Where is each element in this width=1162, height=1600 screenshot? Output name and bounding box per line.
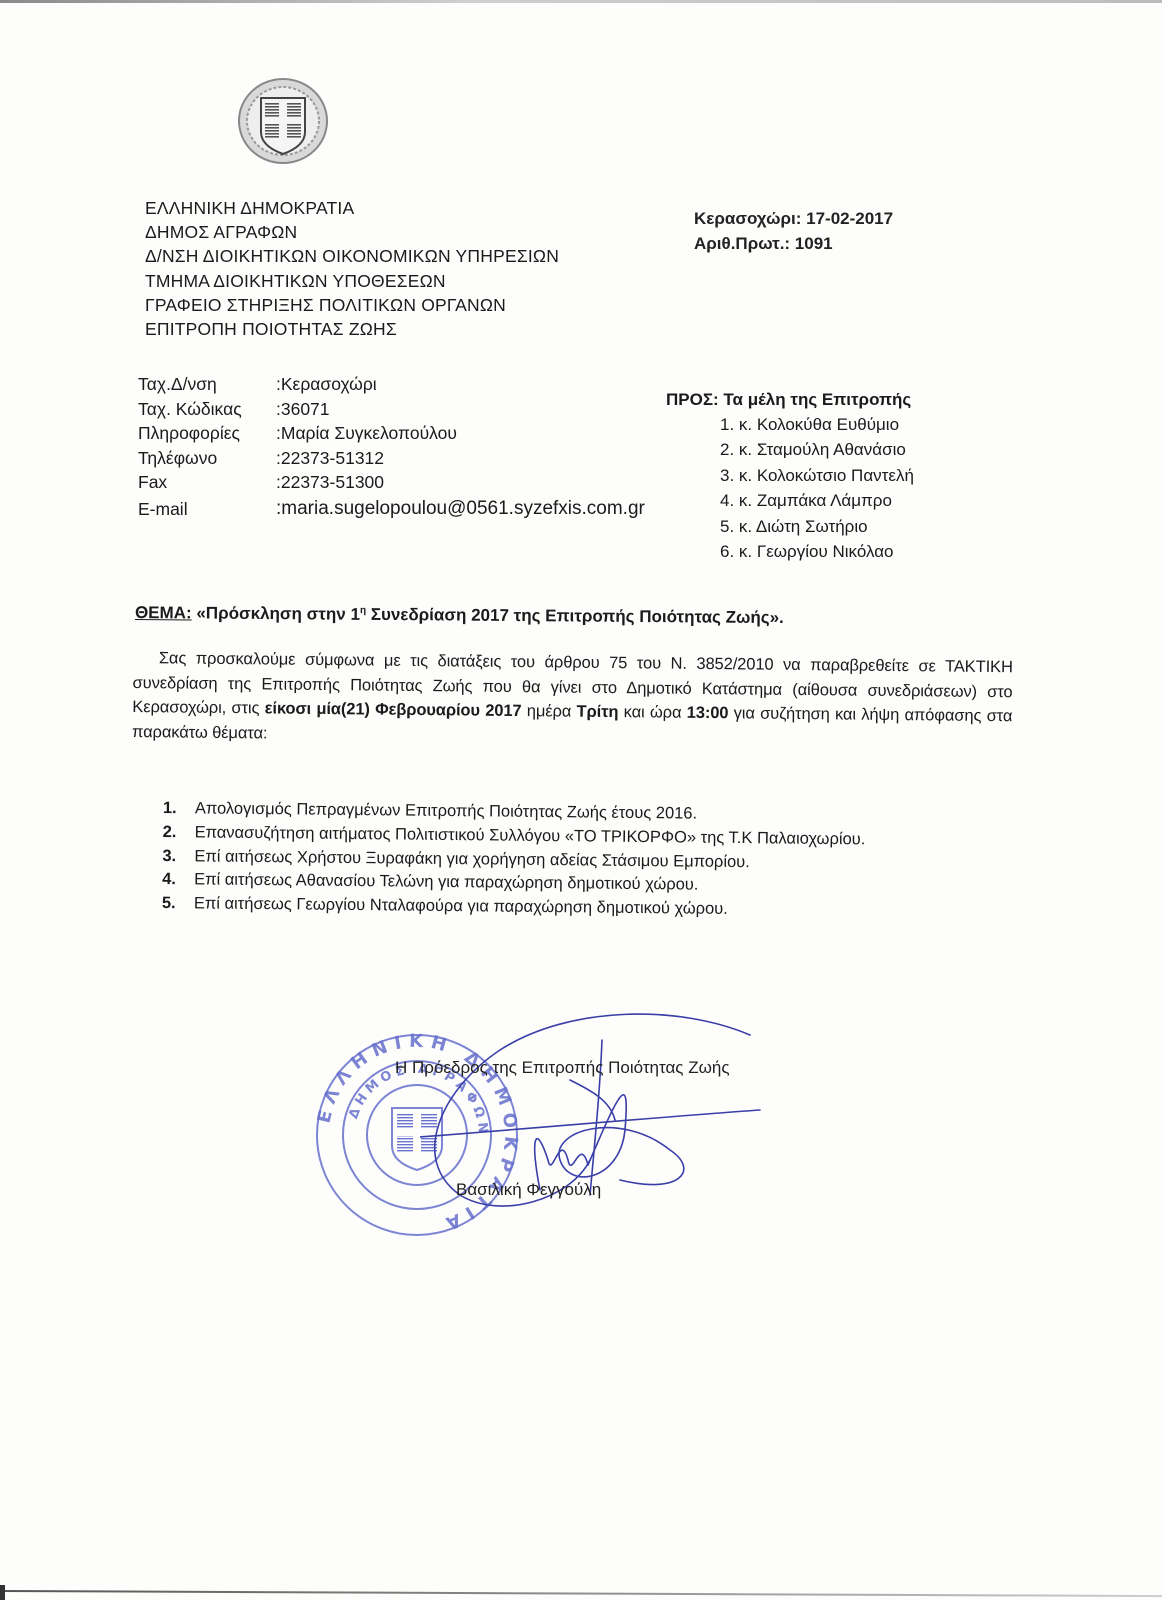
recipient-item: 5. κ. Διώτη Σωτήριο bbox=[720, 514, 914, 539]
subject-text: Συνεδρίαση 2017 της Επιτροπής Ποιότητας … bbox=[366, 605, 784, 627]
header-line: ΕΛΛΗΝΙΚΗ ΔΗΜΟΚΡΑΤΙΑ bbox=[145, 196, 559, 220]
scanned-letter-page: ΕΛΛΗΝΙΚΗ ΔΗΜΟΚΡΑΤΙΑ ΔΗΜΟΣ ΑΓΡΑΦΩΝ Δ/ΝΣΗ … bbox=[0, 0, 1162, 1600]
contact-value: :Κερασοχώρι bbox=[276, 372, 377, 397]
subject-label: ΘΕΜΑ: bbox=[135, 603, 192, 622]
agenda-number: 5. bbox=[162, 892, 194, 916]
protocol-number: Αριθ.Πρωτ.: 1091 bbox=[694, 231, 893, 256]
greek-coat-of-arms-icon bbox=[236, 76, 330, 166]
document-meta: Κερασοχώρι: 17-02-2017 Αριθ.Πρωτ.: 1091 bbox=[694, 206, 893, 256]
meeting-date: είκοσι μία(21) Φεβρουαρίου 2017 bbox=[265, 700, 522, 721]
contact-value: :22373-51300 bbox=[276, 470, 384, 495]
scan-edge-top bbox=[0, 0, 1162, 3]
recipient-item: 3. κ. Κολοκώτσιο Παντελή bbox=[720, 463, 914, 488]
contact-label: E-mail bbox=[138, 497, 276, 522]
invitation-paragraph: Σας προσκαλούμε σύμφωνα με τις διατάξεις… bbox=[132, 646, 1013, 754]
scan-edge-bottom bbox=[0, 1590, 1162, 1597]
recipients-block: ΠΡΟΣ: Τα μέλη της Επιτροπής 1. κ. Κολοκύ… bbox=[666, 387, 914, 564]
issuing-authority-header: ΕΛΛΗΝΙΚΗ ΔΗΜΟΚΡΑΤΙΑ ΔΗΜΟΣ ΑΓΡΑΦΩΝ Δ/ΝΣΗ … bbox=[145, 196, 559, 341]
contact-label: Τηλέφωνο bbox=[138, 446, 276, 471]
contact-row-address: Ταχ.Δ/νση :Κερασοχώρι bbox=[138, 372, 645, 397]
agenda-number: 3. bbox=[162, 845, 194, 869]
contact-details: Ταχ.Δ/νση :Κερασοχώρι Ταχ. Κώδικας :3607… bbox=[138, 372, 645, 522]
recipient-item: 2. κ. Σταμούλη Αθανάσιο bbox=[720, 437, 914, 462]
signatory-name: Βασιλική Φεγγούλη bbox=[456, 1180, 601, 1200]
meeting-day: Τρίτη bbox=[576, 703, 618, 721]
body-text: και ώρα bbox=[618, 703, 686, 722]
agenda-number: 2. bbox=[163, 821, 195, 845]
contact-value: :36071 bbox=[276, 397, 330, 422]
contact-label: Fax bbox=[138, 470, 276, 495]
email-address: :maria.sugelopoulou@0561.syzefxis.com.gr bbox=[276, 497, 645, 522]
agenda-list: 1.Απολογισμός Πεπραγμένων Επιτροπής Ποιό… bbox=[162, 797, 866, 923]
contact-row-phone: Τηλέφωνο :22373-51312 bbox=[138, 446, 645, 471]
contact-label: Ταχ. Κώδικας bbox=[138, 397, 276, 422]
recipients-list: 1. κ. Κολοκύθα Ευθύμιο 2. κ. Σταμούλη Αθ… bbox=[666, 412, 914, 564]
subject-line: ΘΕΜΑ: «Πρόσκληση στην 1η Συνεδρίαση 2017… bbox=[135, 603, 784, 628]
contact-row-email: E-mail :maria.sugelopoulou@0561.syzefxis… bbox=[138, 497, 645, 522]
body-text: ημέρα bbox=[521, 702, 576, 721]
agenda-number: 1. bbox=[163, 797, 195, 821]
scan-edge-mark bbox=[0, 1585, 5, 1600]
subject-text: «Πρόσκληση στην 1 bbox=[192, 603, 360, 623]
header-line: Δ/ΝΣΗ ΔΙΟΙΚΗΤΙΚΩΝ ΟΙΚΟΝΟΜΙΚΩΝ ΥΠΗΡΕΣΙΩΝ bbox=[145, 244, 559, 268]
meeting-time: 13:00 bbox=[687, 704, 729, 722]
signatory-title: Η Πρόεδρος της Επιτροπής Ποιότητας Ζωής bbox=[395, 1058, 730, 1078]
agenda-number: 4. bbox=[162, 868, 194, 892]
contact-label: Πληροφορίες bbox=[138, 421, 276, 446]
contact-row-info: Πληροφορίες :Μαρία Συγκελοπούλου bbox=[138, 421, 645, 446]
header-line: ΤΜΗΜΑ ΔΙΟΙΚΗΤΙΚΩΝ ΥΠΟΘΕΣΕΩΝ bbox=[145, 269, 559, 293]
header-line: ΕΠΙΤΡΟΠΗ ΠΟΙΟΤΗΤΑΣ ΖΩΗΣ bbox=[145, 317, 559, 341]
contact-value: :Μαρία Συγκελοπούλου bbox=[276, 421, 457, 446]
contact-row-fax: Fax :22373-51300 bbox=[138, 470, 645, 495]
recipient-item: 4. κ. Ζαμπάκα Λάμπρο bbox=[720, 488, 914, 513]
place-date: Κερασοχώρι: 17-02-2017 bbox=[694, 206, 893, 231]
contact-row-postcode: Ταχ. Κώδικας :36071 bbox=[138, 397, 645, 422]
contact-value: :22373-51312 bbox=[276, 446, 384, 471]
header-line: ΔΗΜΟΣ ΑΓΡΑΦΩΝ bbox=[145, 220, 559, 244]
contact-label: Ταχ.Δ/νση bbox=[138, 372, 276, 397]
recipient-item: 6. κ. Γεωργίου Νικόλαο bbox=[720, 539, 914, 564]
header-line: ΓΡΑΦΕΙΟ ΣΤΗΡΙΞΗΣ ΠΟΛΙΤΙΚΩΝ ΟΡΓΑΝΩΝ bbox=[145, 293, 559, 317]
recipients-title: ΠΡΟΣ: Τα μέλη της Επιτροπής bbox=[666, 387, 914, 412]
agenda-text: Επί αιτήσεως Γεωργίου Νταλαφούρα για παρ… bbox=[194, 893, 728, 922]
recipient-item: 1. κ. Κολοκύθα Ευθύμιο bbox=[720, 412, 914, 437]
